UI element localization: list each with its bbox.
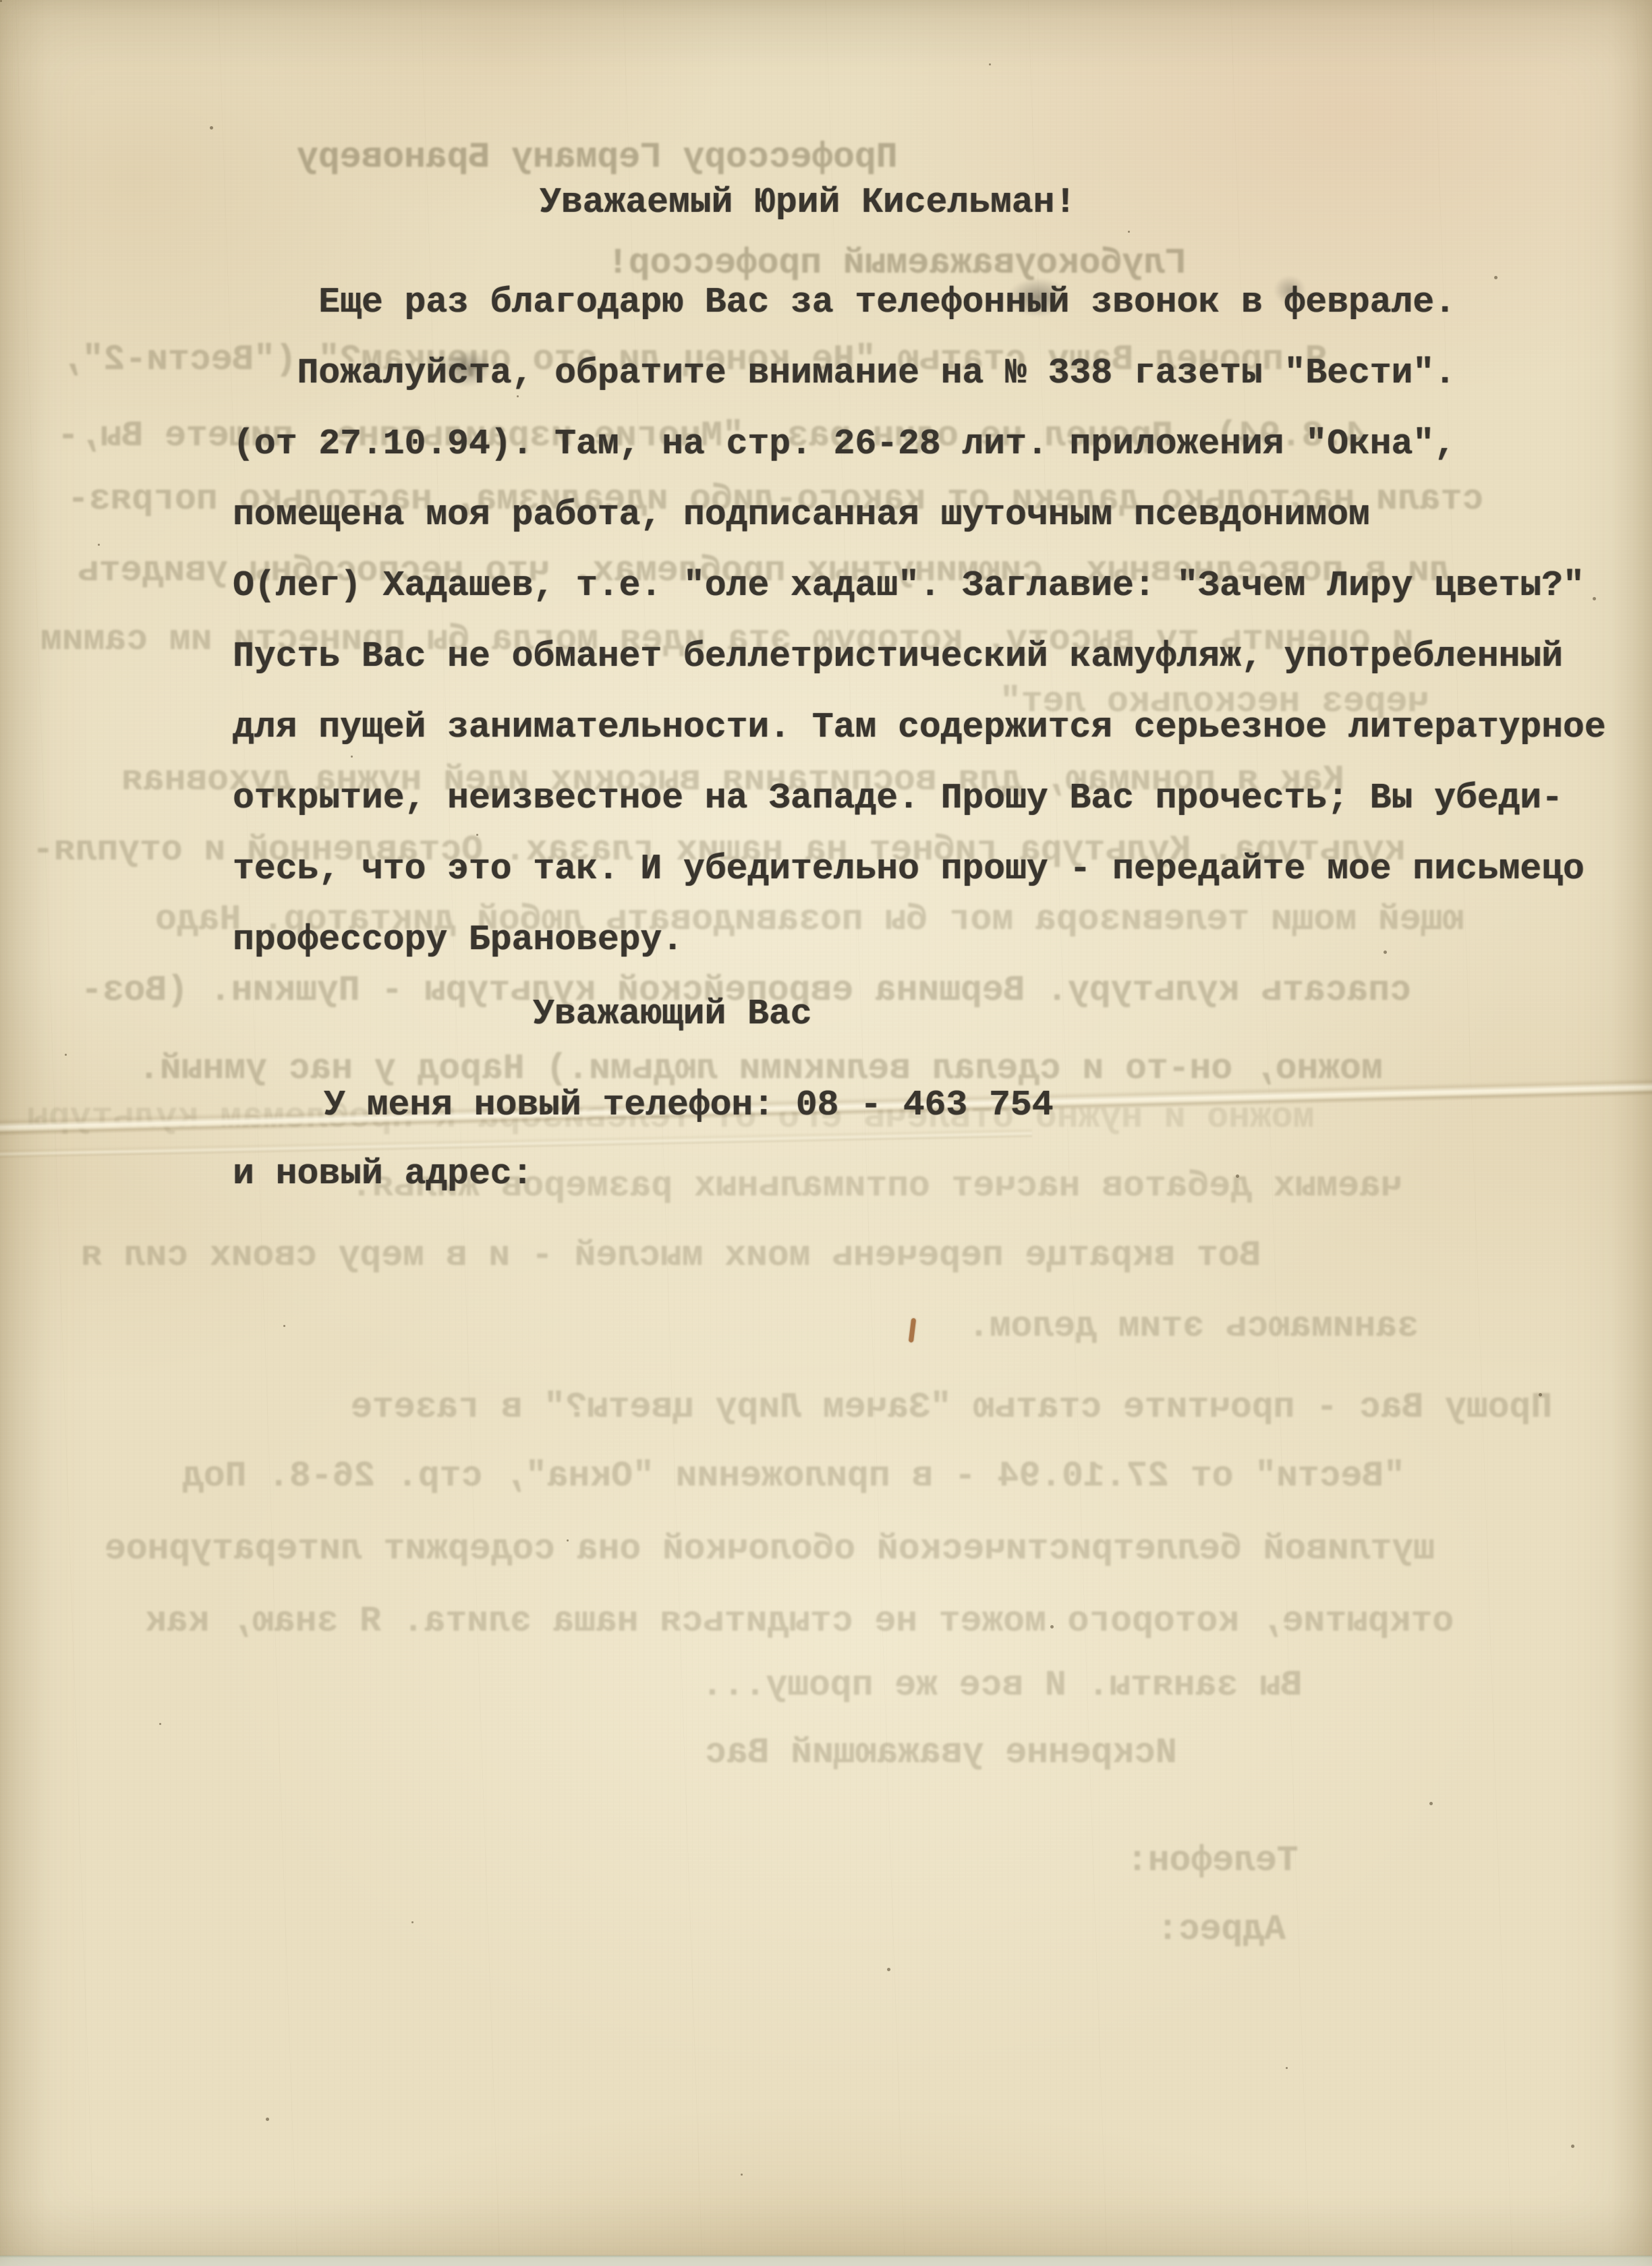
body-line-8: открытие, неизвестное на Западе. Прошу В…	[233, 779, 1563, 817]
signature-line: Уважающий Вас	[533, 995, 811, 1033]
bleedthrough-line: можно, он-то и сделал великими людьми.) …	[138, 1050, 1383, 1087]
greeting-line: Уважаемый Юрий Кисельман!	[540, 183, 1076, 221]
bleedthrough-line: занимаюсь этим делом.	[968, 1307, 1419, 1345]
bleedthrough-line: Профессору Герману Брановеру	[297, 138, 898, 176]
bleedthrough-line: Адрес:	[1157, 1910, 1286, 1948]
bleedthrough-line: Глубокоуважаемый профессор!	[607, 244, 1187, 282]
bleedthrough-line: шутливой беллетристической оболочкой она…	[105, 1530, 1435, 1568]
bleedthrough-line: Вот вкратце перечень моих мыслей - и в м…	[81, 1237, 1261, 1274]
phone-line: У меня новый телефон: 08 - 463 754	[324, 1086, 1053, 1124]
bleedthrough-line: Вы заняты. И все же прошу...	[702, 1666, 1303, 1704]
body-line-5: О(лег) Хадашев, т.е. "оле хадаш". Заглав…	[233, 567, 1585, 604]
bleedthrough-line: "Вести" от 27.10.94 - в приложении "Окна…	[182, 1457, 1405, 1495]
overstrike-smudge	[1274, 275, 1306, 305]
body-line-6: Пусть Вас не обманет беллетристический к…	[233, 638, 1563, 675]
body-line-4: помещена моя работа, подписанная шуточны…	[233, 496, 1370, 534]
address-line: и новый адрес:	[233, 1155, 533, 1193]
overstrike-smudge	[440, 349, 492, 387]
body-line-9: тесь, что это так. И убедительно прошу -…	[233, 850, 1585, 888]
body-line-10: профессору Брановеру.	[233, 921, 683, 959]
body-line-7: для пущей занимательности. Там содержитс…	[233, 708, 1606, 746]
overstrike-smudge	[1007, 278, 1069, 317]
bleedthrough-line: Телефон:	[1127, 1842, 1298, 1879]
scanner-edge	[0, 2256, 1652, 2266]
scanned-letter-page: Профессору Герману БрановеруГлубокоуважа…	[0, 0, 1652, 2266]
paper-specks	[0, 0, 2, 2]
body-line-3: (от 27.10.94). Там, на стр. 26-28 лит. п…	[233, 425, 1456, 463]
bleedthrough-line: Искренне уважающий Вас	[705, 1734, 1177, 1772]
body-line-1: Еще раз благодарю Вас за телефонный звон…	[233, 283, 1456, 321]
bleedthrough-line: открытие, которого может не стыдиться на…	[145, 1602, 1454, 1640]
body-line-2: Пожалуйста, обратите внимание на № 338 г…	[233, 354, 1456, 392]
bleedthrough-line: Прошу Вас - прочтите статью "Зачем Лиру …	[351, 1388, 1552, 1426]
